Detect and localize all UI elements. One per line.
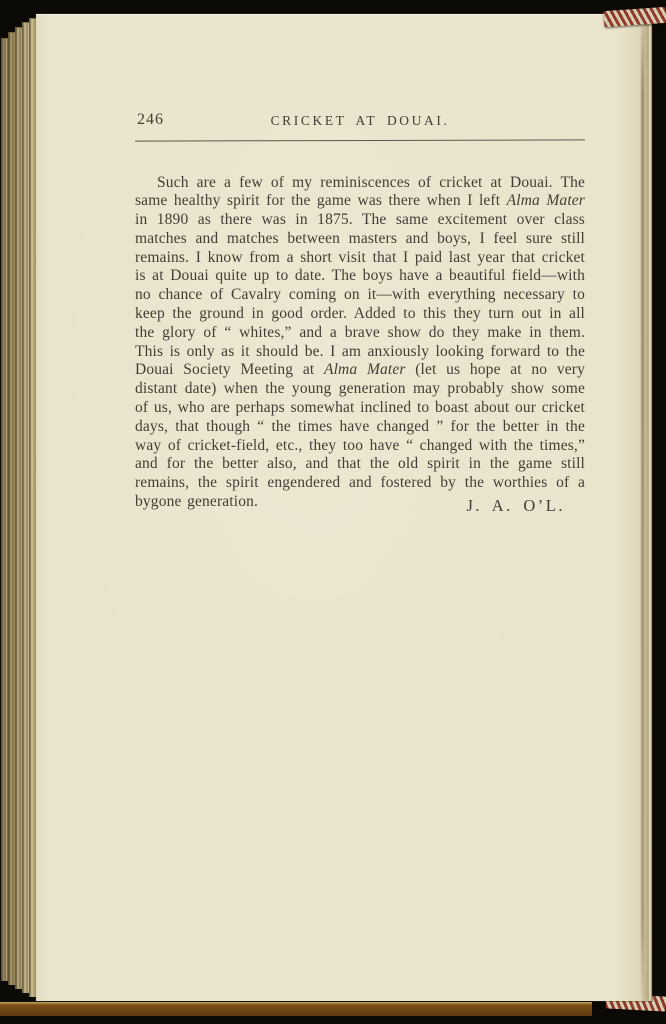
page-crease bbox=[641, 15, 644, 1001]
paragraph-text-italic: Alma Mater bbox=[507, 192, 585, 209]
paragraph-text: in 1890 as there was in 1875. The same e… bbox=[135, 211, 585, 378]
author-initials: J. A. O’L. bbox=[135, 496, 565, 516]
page-content: 246 CRICKET AT DOUAI. Such are a few of … bbox=[135, 15, 585, 1001]
paragraph-text-italic: Alma Mater bbox=[324, 361, 406, 378]
book-photo: 246 CRICKET AT DOUAI. Such are a few of … bbox=[0, 0, 666, 1024]
headband-top bbox=[604, 7, 666, 27]
running-title: CRICKET AT DOUAI. bbox=[135, 113, 585, 129]
book-page: 246 CRICKET AT DOUAI. Such are a few of … bbox=[36, 14, 652, 1001]
body-paragraph: Such are a few of my reminiscences of cr… bbox=[135, 174, 585, 512]
header-rule bbox=[135, 139, 585, 141]
paragraph-text: (let us hope at no very distant date) wh… bbox=[135, 361, 585, 510]
page-header: 246 CRICKET AT DOUAI. bbox=[135, 111, 585, 131]
book-cover-bottom-edge bbox=[0, 1002, 592, 1016]
